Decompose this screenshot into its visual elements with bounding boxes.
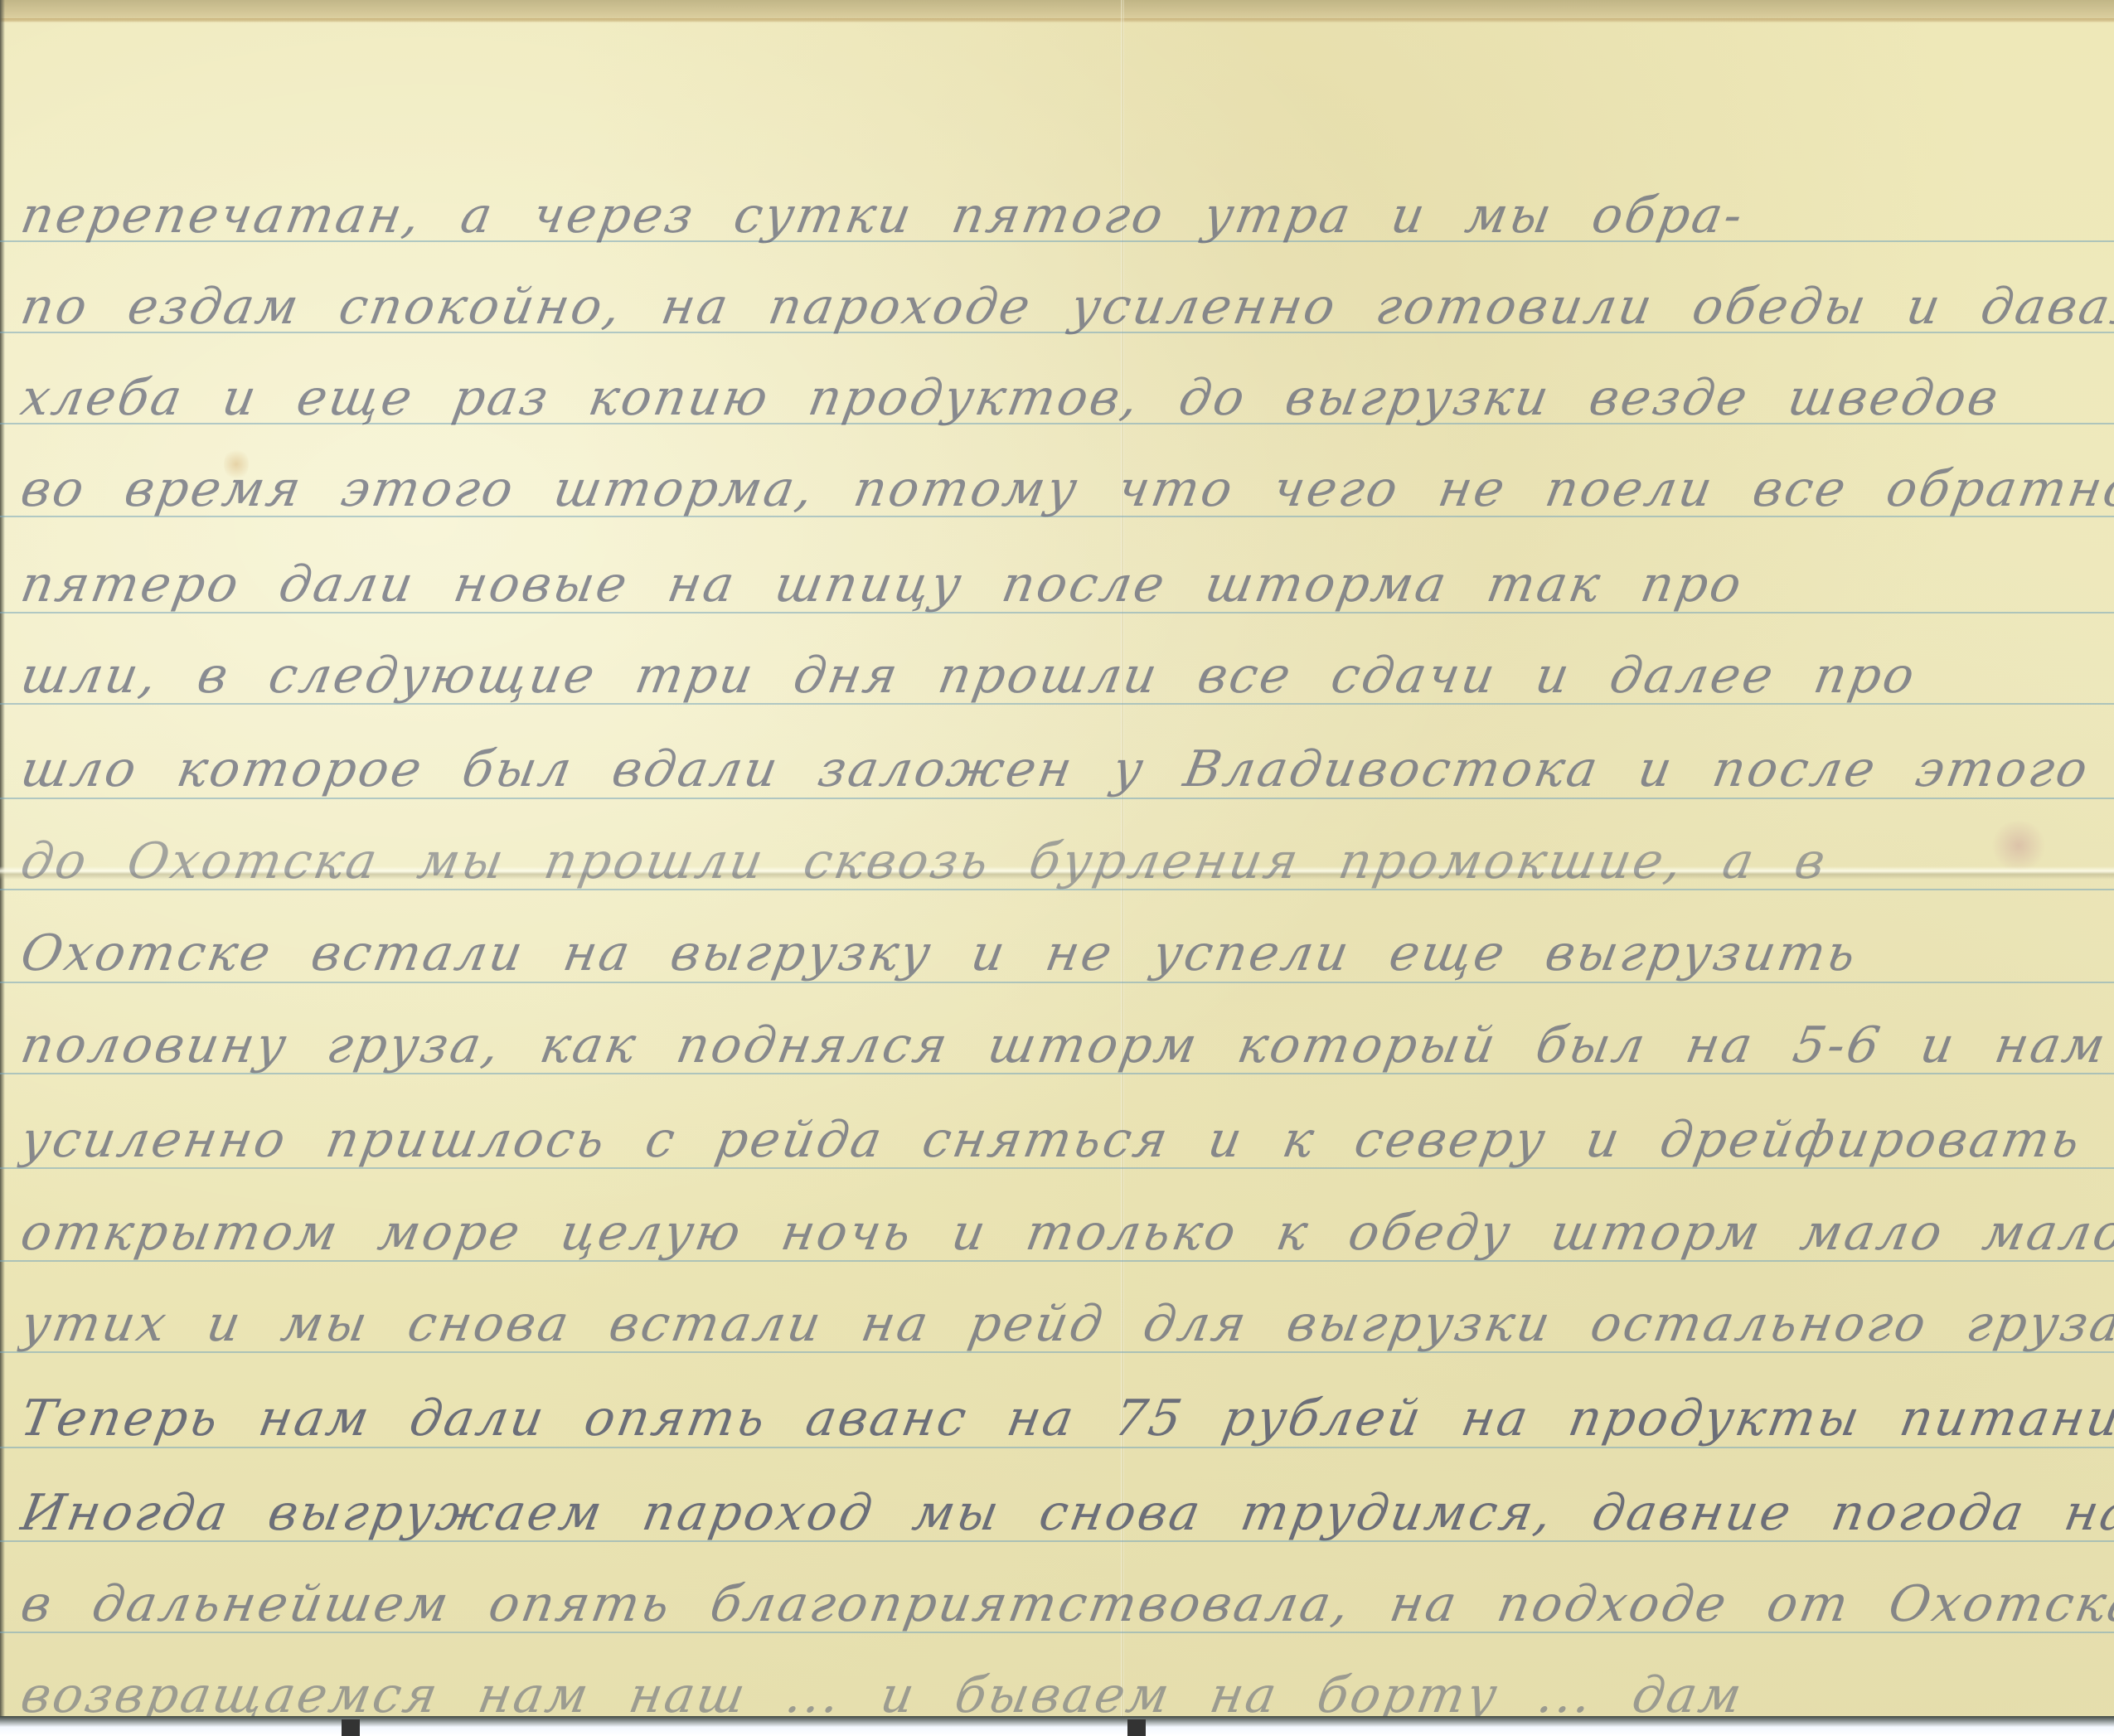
handwriting-line-13: утих и мы снова встали на рейд для выгру… xyxy=(17,1295,2114,1353)
handwriting-line-11: усиленно пришлось с рейда сняться и к се… xyxy=(17,1111,2114,1169)
handwriting-line-2: по ездам спокойно, на пароходе усиленно … xyxy=(17,278,2114,336)
handwriting-line-3: хлеба и еще раз копию продуктов, до выгр… xyxy=(17,369,2114,427)
handwriting-line-12: открытом море целую ночь и только к обед… xyxy=(17,1204,2114,1262)
handwriting-line-15: Иногда выгружаем пароход мы снова трудим… xyxy=(17,1484,2114,1542)
handwriting-line-10: половину груза, как поднялся шторм котор… xyxy=(17,1016,2114,1074)
handwriting-line-8: до Охотска мы прошли сквозь бурления про… xyxy=(17,832,2114,890)
scanner-edge-mark xyxy=(342,1719,360,1736)
handwriting-line-16: в дальнейшем опять благоприятствовала, н… xyxy=(17,1575,2114,1633)
handwriting-line-14: Теперь нам дали опять аванс на 75 рублей… xyxy=(17,1389,2114,1447)
handwriting-line-7: шло которое был вдали заложен у Владивос… xyxy=(17,740,2114,798)
handwriting-line-6: шли, в следующие три дня прошли все сдач… xyxy=(17,647,2114,705)
handwriting-line-5: пятеро дали новые на шпицу после шторма … xyxy=(17,555,2114,613)
top-fold-stain xyxy=(0,18,2114,23)
letter-page: перепечатан, а через сутки пятого утра и… xyxy=(0,0,2114,1736)
handwriting-line-1: перепечатан, а через сутки пятого утра и… xyxy=(17,187,2114,245)
handwriting-line-9: Охотске встали на выгрузку и не успели е… xyxy=(17,924,2114,982)
handwriting-line-4: во время этого шторма, потому что чего н… xyxy=(17,460,2114,518)
scanner-edge-mark xyxy=(1127,1719,1146,1736)
scanner-background-bottom xyxy=(0,1716,2114,1736)
